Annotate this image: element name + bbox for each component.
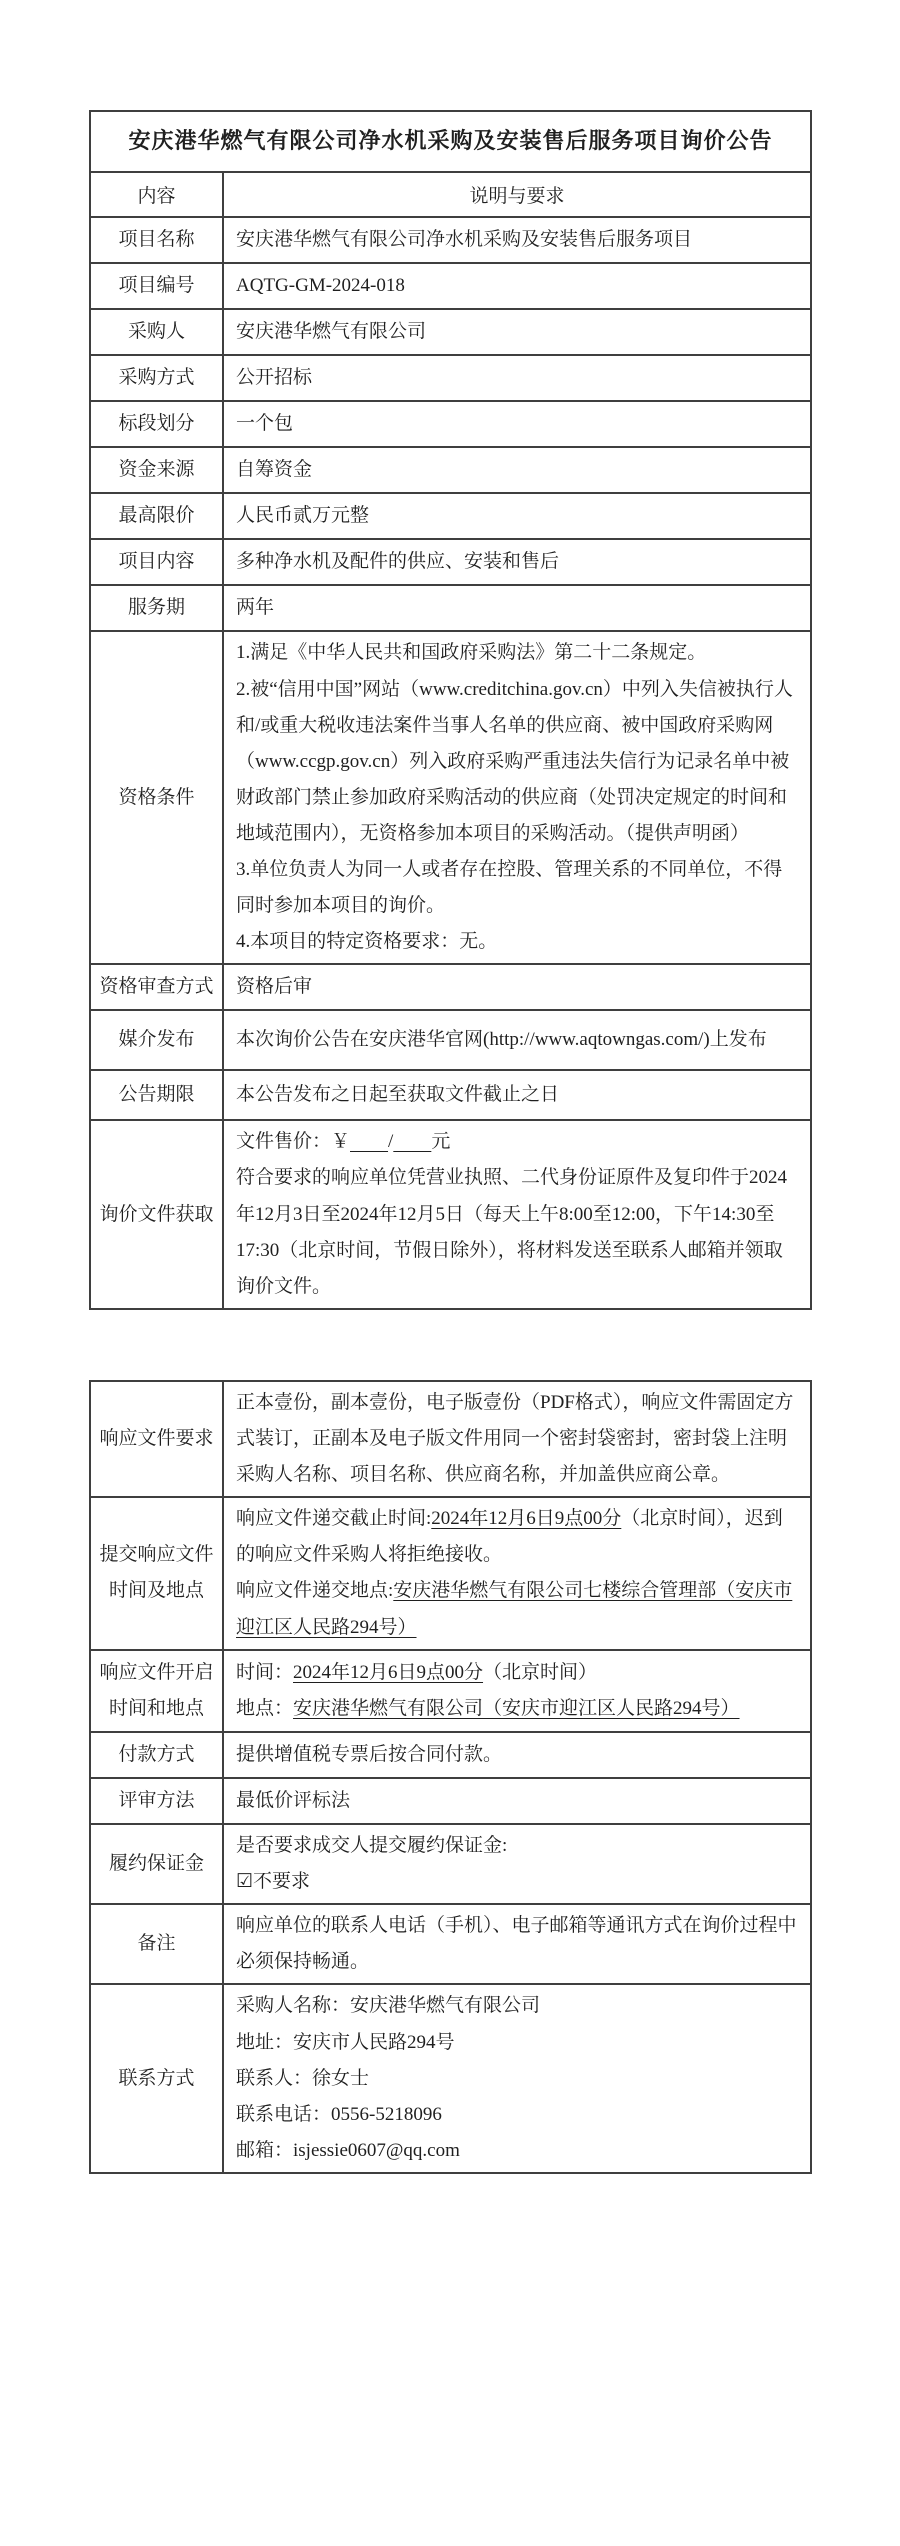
text-segment: 文件售价：￥ (236, 1131, 350, 1152)
row-content-line: 邮箱：isjessie0607@qq.com (236, 2133, 798, 2169)
row-content: 文件售价：￥ / 元符合要求的响应单位凭营业执照、二代身份证原件及复印件于202… (223, 1120, 811, 1308)
row-content-line: 是否要求成交人提交履约保证金: (236, 1828, 798, 1864)
continuation-table-body: 响应文件要求正本壹份，副本壹份，电子版壹份（PDF格式），响应文件需固定方式装订… (90, 1381, 811, 2173)
row-content: 公开招标 (223, 355, 811, 401)
text-segment: 时间： (236, 1662, 293, 1683)
table-row: 项目编号AQTG-GM-2024-018 (90, 263, 811, 309)
text-segment: 多种净水机及配件的供应、安装和售后 (236, 551, 559, 572)
row-label: 项目名称 (90, 217, 223, 263)
row-content-line: 3.单位负责人为同一人或者存在控股、管理关系的不同单位，不得同时参加本项目的询价… (236, 852, 798, 924)
row-content-line: 响应文件递交截止时间:2024年12月6日9点00分（北京时间），迟到的响应文件… (236, 1501, 798, 1573)
row-label: 采购方式 (90, 355, 223, 401)
row-content-line: 地址：安庆市人民路294号 (236, 2025, 798, 2061)
text-segment: 本次询价公告在安庆港华官网(http://www.aqtowngas.com/)… (236, 1029, 767, 1050)
row-content: AQTG-GM-2024-018 (223, 263, 811, 309)
row-content-line: 一个包 (236, 406, 798, 442)
blank-underline (393, 1131, 431, 1152)
row-content-line: 公开招标 (236, 360, 798, 396)
row-content-line: 两年 (236, 590, 798, 626)
table-row: 服务期两年 (90, 585, 811, 631)
announcement-table-page2: 响应文件要求正本壹份，副本壹份，电子版壹份（PDF格式），响应文件需固定方式装订… (89, 1380, 812, 2174)
underlined-text: 2024年12月6日9点00分 (293, 1662, 483, 1683)
row-label: 响应文件开启时间和地点 (90, 1650, 223, 1732)
table-row: 最高限价人民币贰万元整 (90, 493, 811, 539)
table-row: 采购方式公开招标 (90, 355, 811, 401)
text-segment: 地址：安庆市人民路294号 (236, 2032, 455, 2053)
row-content-line: AQTG-GM-2024-018 (236, 268, 798, 304)
table-row: 评审方法最低价评标法 (90, 1778, 811, 1824)
row-label: 资金来源 (90, 447, 223, 493)
text-segment: 是否要求成交人提交履约保证金: (236, 1835, 507, 1856)
table-row: 备注响应单位的联系人电话（手机）、电子邮箱等通讯方式在询价过程中必须保持畅通。 (90, 1904, 811, 1984)
text-segment: 响应单位的联系人电话（手机）、电子邮箱等通讯方式在询价过程中必须保持畅通。 (236, 1915, 797, 1972)
row-label: 付款方式 (90, 1732, 223, 1778)
row-content-line: 联系人：徐女士 (236, 2061, 798, 2097)
text-segment: 1.满足《中华人民共和国政府采购法》第二十二条规定。 (236, 642, 706, 663)
row-content: 响应单位的联系人电话（手机）、电子邮箱等通讯方式在询价过程中必须保持畅通。 (223, 1904, 811, 1984)
text-segment: 元 (431, 1131, 450, 1152)
text-segment: 自筹资金 (236, 459, 312, 480)
table-row: 资金来源自筹资金 (90, 447, 811, 493)
text-segment: 符合要求的响应单位凭营业执照、二代身份证原件及复印件于2024年12月3日至20… (236, 1167, 787, 1296)
row-content-line: 时间：2024年12月6日9点00分（北京时间） (236, 1655, 798, 1691)
row-content: 时间：2024年12月6日9点00分（北京时间）地点：安庆港华燃气有限公司（安庆… (223, 1650, 811, 1732)
text-segment: 地点： (236, 1698, 293, 1719)
row-content-line: 本次询价公告在安庆港华官网(http://www.aqtowngas.com/)… (236, 1022, 798, 1058)
text-segment: 提供增值税专票后按合同付款。 (236, 1744, 502, 1765)
text-segment: 响应文件递交截止时间: (236, 1508, 431, 1529)
document-page: 安庆港华燃气有限公司净水机采购及安装售后服务项目询价公告 内容 说明与要求 项目… (0, 0, 900, 2546)
row-content-line: 采购人名称：安庆港华燃气有限公司 (236, 1988, 798, 2024)
header-content-label: 内容 (90, 172, 223, 217)
row-content-line: ☑不要求 (236, 1864, 798, 1900)
row-content-line: 人民币贰万元整 (236, 498, 798, 534)
text-segment: 采购人名称：安庆港华燃气有限公司 (236, 1995, 540, 2016)
row-content-line: 安庆港华燃气有限公司 (236, 314, 798, 350)
row-content: 本公告发布之日起至获取文件截止之日 (223, 1070, 811, 1120)
table-row: 履约保证金是否要求成交人提交履约保证金:☑不要求 (90, 1824, 811, 1904)
row-label: 评审方法 (90, 1778, 223, 1824)
text-segment: AQTG-GM-2024-018 (236, 275, 405, 296)
text-segment: 公开招标 (236, 367, 312, 388)
row-label: 项目编号 (90, 263, 223, 309)
table-row: 联系方式采购人名称：安庆港华燃气有限公司地址：安庆市人民路294号联系人：徐女士… (90, 1984, 811, 2172)
table-row: 响应文件要求正本壹份，副本壹份，电子版壹份（PDF格式），响应文件需固定方式装订… (90, 1381, 811, 1497)
row-label: 媒介发布 (90, 1010, 223, 1070)
text-segment: 联系电话：0556-5218096 (236, 2104, 442, 2125)
row-content-line: 响应文件递交地点:安庆港华燃气有限公司七楼综合管理部（安庆市迎江区人民路294号… (236, 1573, 798, 1645)
table-row: 询价文件获取文件售价：￥ / 元符合要求的响应单位凭营业执照、二代身份证原件及复… (90, 1120, 811, 1308)
row-content-line: 最低价评标法 (236, 1783, 798, 1819)
row-content: 采购人名称：安庆港华燃气有限公司地址：安庆市人民路294号联系人：徐女士联系电话… (223, 1984, 811, 2172)
table-row: 项目内容多种净水机及配件的供应、安装和售后 (90, 539, 811, 585)
table-row: 标段划分一个包 (90, 401, 811, 447)
text-segment: 最低价评标法 (236, 1790, 350, 1811)
row-label: 履约保证金 (90, 1824, 223, 1904)
text-segment: 3.单位负责人为同一人或者存在控股、管理关系的不同单位，不得同时参加本项目的询价… (236, 859, 782, 916)
row-label: 服务期 (90, 585, 223, 631)
table-row: 公告期限本公告发布之日起至获取文件截止之日 (90, 1070, 811, 1120)
table-row: 媒介发布本次询价公告在安庆港华官网(http://www.aqtowngas.c… (90, 1010, 811, 1070)
row-content-line: 安庆港华燃气有限公司净水机采购及安装售后服务项目 (236, 222, 798, 258)
text-segment: 安庆港华燃气有限公司 (236, 321, 426, 342)
row-content: 本次询价公告在安庆港华官网(http://www.aqtowngas.com/)… (223, 1010, 811, 1070)
row-label: 标段划分 (90, 401, 223, 447)
text-segment: （北京时间） (483, 1662, 597, 1683)
table-row: 资格条件1.满足《中华人民共和国政府采购法》第二十二条规定。2.被“信用中国”网… (90, 631, 811, 964)
header-description-label: 说明与要求 (223, 172, 811, 217)
row-content-line: 2.被“信用中国”网站（www.creditchina.gov.cn）中列入失信… (236, 672, 798, 852)
row-content-line: 多种净水机及配件的供应、安装和售后 (236, 544, 798, 580)
row-content-line: 4.本项目的特定资格要求：无。 (236, 924, 798, 960)
row-content-line: 本公告发布之日起至获取文件截止之日 (236, 1077, 798, 1113)
text-segment: 本公告发布之日起至获取文件截止之日 (236, 1084, 559, 1105)
row-label: 备注 (90, 1904, 223, 1984)
text-segment: 2.被“信用中国”网站（www.creditchina.gov.cn）中列入失信… (236, 679, 793, 844)
text-segment: 人民币贰万元整 (236, 505, 369, 526)
row-content-line: 资格后审 (236, 969, 798, 1005)
row-content: 自筹资金 (223, 447, 811, 493)
table-row: 提交响应文件时间及地点响应文件递交截止时间:2024年12月6日9点00分（北京… (90, 1497, 811, 1649)
row-content: 一个包 (223, 401, 811, 447)
text-segment: 不要求 (253, 1871, 310, 1892)
underlined-text: 2024年12月6日9点00分 (431, 1508, 621, 1529)
row-content: 正本壹份，副本壹份，电子版壹份（PDF格式），响应文件需固定方式装订，正副本及电… (223, 1381, 811, 1497)
row-content-line: 文件售价：￥ / 元 (236, 1124, 798, 1160)
row-content-line: 正本壹份，副本壹份，电子版壹份（PDF格式），响应文件需固定方式装订，正副本及电… (236, 1385, 798, 1493)
table-title-row: 安庆港华燃气有限公司净水机采购及安装售后服务项目询价公告 (90, 111, 811, 172)
table-row: 响应文件开启时间和地点时间：2024年12月6日9点00分（北京时间）地点：安庆… (90, 1650, 811, 1732)
document-title: 安庆港华燃气有限公司净水机采购及安装售后服务项目询价公告 (90, 111, 811, 172)
announcement-table-body: 安庆港华燃气有限公司净水机采购及安装售后服务项目询价公告 内容 说明与要求 项目… (90, 111, 811, 1309)
row-content-line: 地点：安庆港华燃气有限公司（安庆市迎江区人民路294号） (236, 1691, 798, 1727)
row-content: 是否要求成交人提交履约保证金:☑不要求 (223, 1824, 811, 1904)
row-content: 资格后审 (223, 964, 811, 1010)
row-content-line: 1.满足《中华人民共和国政府采购法》第二十二条规定。 (236, 635, 798, 671)
row-label: 提交响应文件时间及地点 (90, 1497, 223, 1649)
text-segment: 邮箱：isjessie0607@qq.com (236, 2140, 460, 2161)
row-content: 安庆港华燃气有限公司净水机采购及安装售后服务项目 (223, 217, 811, 263)
row-content-line: 符合要求的响应单位凭营业执照、二代身份证原件及复印件于2024年12月3日至20… (236, 1160, 798, 1304)
announcement-table-page1: 安庆港华燃气有限公司净水机采购及安装售后服务项目询价公告 内容 说明与要求 项目… (89, 110, 812, 1310)
row-label: 资格条件 (90, 631, 223, 964)
row-label: 联系方式 (90, 1984, 223, 2172)
row-label: 响应文件要求 (90, 1381, 223, 1497)
table-row: 付款方式提供增值税专票后按合同付款。 (90, 1732, 811, 1778)
checkbox-checked-icon: ☑ (236, 1871, 253, 1892)
row-content: 提供增值税专票后按合同付款。 (223, 1732, 811, 1778)
row-content: 最低价评标法 (223, 1778, 811, 1824)
row-label: 资格审查方式 (90, 964, 223, 1010)
row-label: 询价文件获取 (90, 1120, 223, 1308)
row-content: 响应文件递交截止时间:2024年12月6日9点00分（北京时间），迟到的响应文件… (223, 1497, 811, 1649)
row-content: 1.满足《中华人民共和国政府采购法》第二十二条规定。2.被“信用中国”网站（ww… (223, 631, 811, 964)
row-content-line: 自筹资金 (236, 452, 798, 488)
blank-underline (350, 1131, 388, 1152)
text-segment: 安庆港华燃气有限公司净水机采购及安装售后服务项目 (236, 229, 692, 250)
row-content: 多种净水机及配件的供应、安装和售后 (223, 539, 811, 585)
text-segment: 响应文件递交地点: (236, 1580, 393, 1601)
row-label: 最高限价 (90, 493, 223, 539)
row-content: 安庆港华燃气有限公司 (223, 309, 811, 355)
row-label: 项目内容 (90, 539, 223, 585)
row-content-line: 提供增值税专票后按合同付款。 (236, 1737, 798, 1773)
text-segment: 两年 (236, 597, 274, 618)
underlined-text: 安庆港华燃气有限公司（安庆市迎江区人民路294号） (293, 1698, 740, 1719)
table-row: 项目名称安庆港华燃气有限公司净水机采购及安装售后服务项目 (90, 217, 811, 263)
row-label: 采购人 (90, 309, 223, 355)
text-segment: 联系人：徐女士 (236, 2068, 369, 2089)
table-row: 采购人安庆港华燃气有限公司 (90, 309, 811, 355)
text-segment: 一个包 (236, 413, 293, 434)
text-segment: 资格后审 (236, 976, 312, 997)
row-content: 人民币贰万元整 (223, 493, 811, 539)
row-label: 公告期限 (90, 1070, 223, 1120)
text-segment: 正本壹份，副本壹份，电子版壹份（PDF格式），响应文件需固定方式装订，正副本及电… (236, 1392, 793, 1485)
text-segment: 4.本项目的特定资格要求：无。 (236, 931, 497, 952)
table-header-row: 内容 说明与要求 (90, 172, 811, 217)
row-content-line: 联系电话：0556-5218096 (236, 2097, 798, 2133)
row-content: 两年 (223, 585, 811, 631)
row-content-line: 响应单位的联系人电话（手机）、电子邮箱等通讯方式在询价过程中必须保持畅通。 (236, 1908, 798, 1980)
table-row: 资格审查方式资格后审 (90, 964, 811, 1010)
